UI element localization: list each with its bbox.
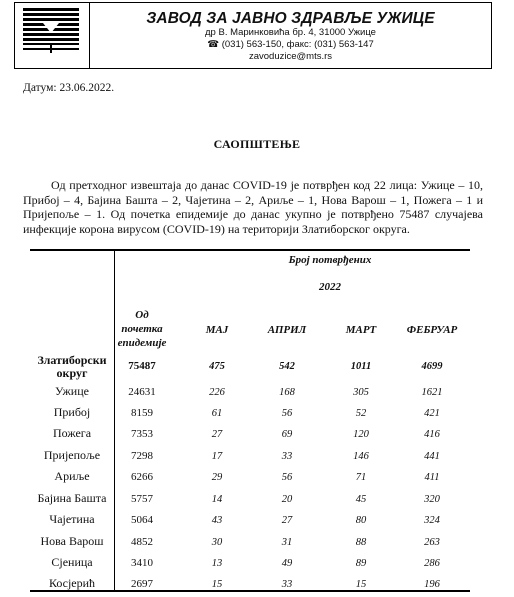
table-cell: 411	[425, 471, 440, 484]
table-cell: 7353	[131, 428, 153, 441]
table-cell: 24631	[128, 386, 156, 399]
row-label: Пожега	[53, 427, 91, 440]
table-cell: 286	[424, 557, 440, 570]
cases-table: Број потврђених 2022 ОдпочеткаепидемијеМ…	[30, 249, 470, 592]
table-cell: 49	[282, 557, 293, 570]
row-label: Сјеница	[51, 556, 92, 569]
table-cell: 13	[212, 557, 223, 570]
table-cell: 30	[212, 536, 223, 549]
table-cell: 2697	[131, 578, 153, 591]
row-label: Пријепоље	[44, 449, 100, 462]
table-cell: 15	[212, 578, 223, 591]
table-cell: 3410	[131, 557, 153, 570]
document-date: Датум: 23.06.2022.	[23, 82, 114, 94]
row-label: Ариље	[54, 470, 89, 483]
logo-cell	[15, 3, 90, 68]
table-cell: 120	[353, 428, 369, 441]
table-cell: 80	[356, 514, 367, 527]
table-divider	[114, 251, 115, 590]
table-cell: 89	[356, 557, 367, 570]
table-cell: 33	[282, 450, 293, 463]
table-cell: 88	[356, 536, 367, 549]
table-cell: 56	[282, 407, 293, 420]
table-cell: 7298	[131, 450, 153, 463]
column-header: АПРИЛ	[268, 323, 306, 337]
table-cell: 14	[212, 493, 223, 506]
org-info: ЗАВОД ЗА ЈАВНО ЗДРАВЉЕ УЖИЦЕ др В. Марин…	[90, 3, 491, 68]
table-cell: 33	[282, 578, 293, 591]
table-cell: 416	[424, 428, 440, 441]
letterhead: ЗАВОД ЗА ЈАВНО ЗДРАВЉЕ УЖИЦЕ др В. Марин…	[14, 2, 492, 69]
row-label: Косјерић	[49, 577, 95, 590]
table-cell: 5757	[131, 493, 153, 506]
table-cell: 4852	[131, 536, 153, 549]
column-header: ФЕБРУАР	[407, 323, 458, 337]
row-label-total: Златиборскиокруг	[37, 354, 106, 380]
row-label: Чајетина	[49, 513, 94, 526]
table-cell: 421	[424, 407, 440, 420]
table-cell: 146	[353, 450, 369, 463]
table-cell: 56	[282, 471, 293, 484]
table-cell: 52	[356, 407, 367, 420]
table-cell: 6266	[131, 471, 153, 484]
table-cell: 324	[424, 514, 440, 527]
row-label: Нова Варош	[40, 535, 103, 548]
table-cell: 8159	[131, 407, 153, 420]
org-email[interactable]: zavoduzice@mts.rs	[90, 51, 491, 63]
total-cell: 4699	[422, 360, 443, 373]
table-cell: 263	[424, 536, 440, 549]
total-cell: 475	[209, 360, 225, 373]
announcement-paragraph: Од претходног извештаја до данас COVID-1…	[23, 178, 483, 236]
document-title: САОПШТЕЊЕ	[0, 137, 514, 152]
column-header: Одпочеткаепидемије	[118, 308, 167, 350]
table-cell: 17	[212, 450, 223, 463]
row-label: Бајина Башта	[38, 492, 107, 505]
total-cell: 542	[279, 360, 295, 373]
table-cell: 196	[424, 578, 440, 591]
table-cell: 27	[282, 514, 293, 527]
column-header: МАРТ	[346, 323, 377, 337]
org-phone-text: (031) 563-150, факс: (031) 563-147	[222, 39, 374, 50]
table-cell: 441	[424, 450, 440, 463]
table-cell: 45	[356, 493, 367, 506]
table-cell: 15	[356, 578, 367, 591]
table-cell: 31	[282, 536, 293, 549]
group-header: Број потврђених	[289, 254, 372, 267]
total-cell: 1011	[351, 360, 371, 373]
table-cell: 20	[282, 493, 293, 506]
table-cell: 5064	[131, 514, 153, 527]
row-label: Прибој	[54, 406, 91, 419]
org-name: ЗАВОД ЗА ЈАВНО ЗДРАВЉЕ УЖИЦЕ	[90, 10, 491, 27]
total-cell: 75487	[128, 360, 156, 373]
telephone-icon: ☎	[207, 39, 219, 50]
table-cell: 305	[353, 386, 369, 399]
table-cell: 29	[212, 471, 223, 484]
table-cell: 226	[209, 386, 225, 399]
table-cell: 61	[212, 407, 223, 420]
year-header: 2022	[319, 281, 341, 294]
org-address: др В. Маринковића бр. 4, 31000 Ужице	[90, 27, 491, 39]
table-cell: 71	[356, 471, 367, 484]
org-phone: ☎ (031) 563-150, факс: (031) 563-147	[90, 39, 491, 51]
column-header: МАЈ	[206, 323, 229, 337]
table-cell: 168	[279, 386, 295, 399]
table-cell: 43	[212, 514, 223, 527]
table-cell: 27	[212, 428, 223, 441]
table-cell: 320	[424, 493, 440, 506]
institute-logo-icon	[21, 7, 81, 55]
table-cell: 1621	[422, 386, 443, 399]
row-label: Ужице	[55, 385, 89, 398]
table-cell: 69	[282, 428, 293, 441]
